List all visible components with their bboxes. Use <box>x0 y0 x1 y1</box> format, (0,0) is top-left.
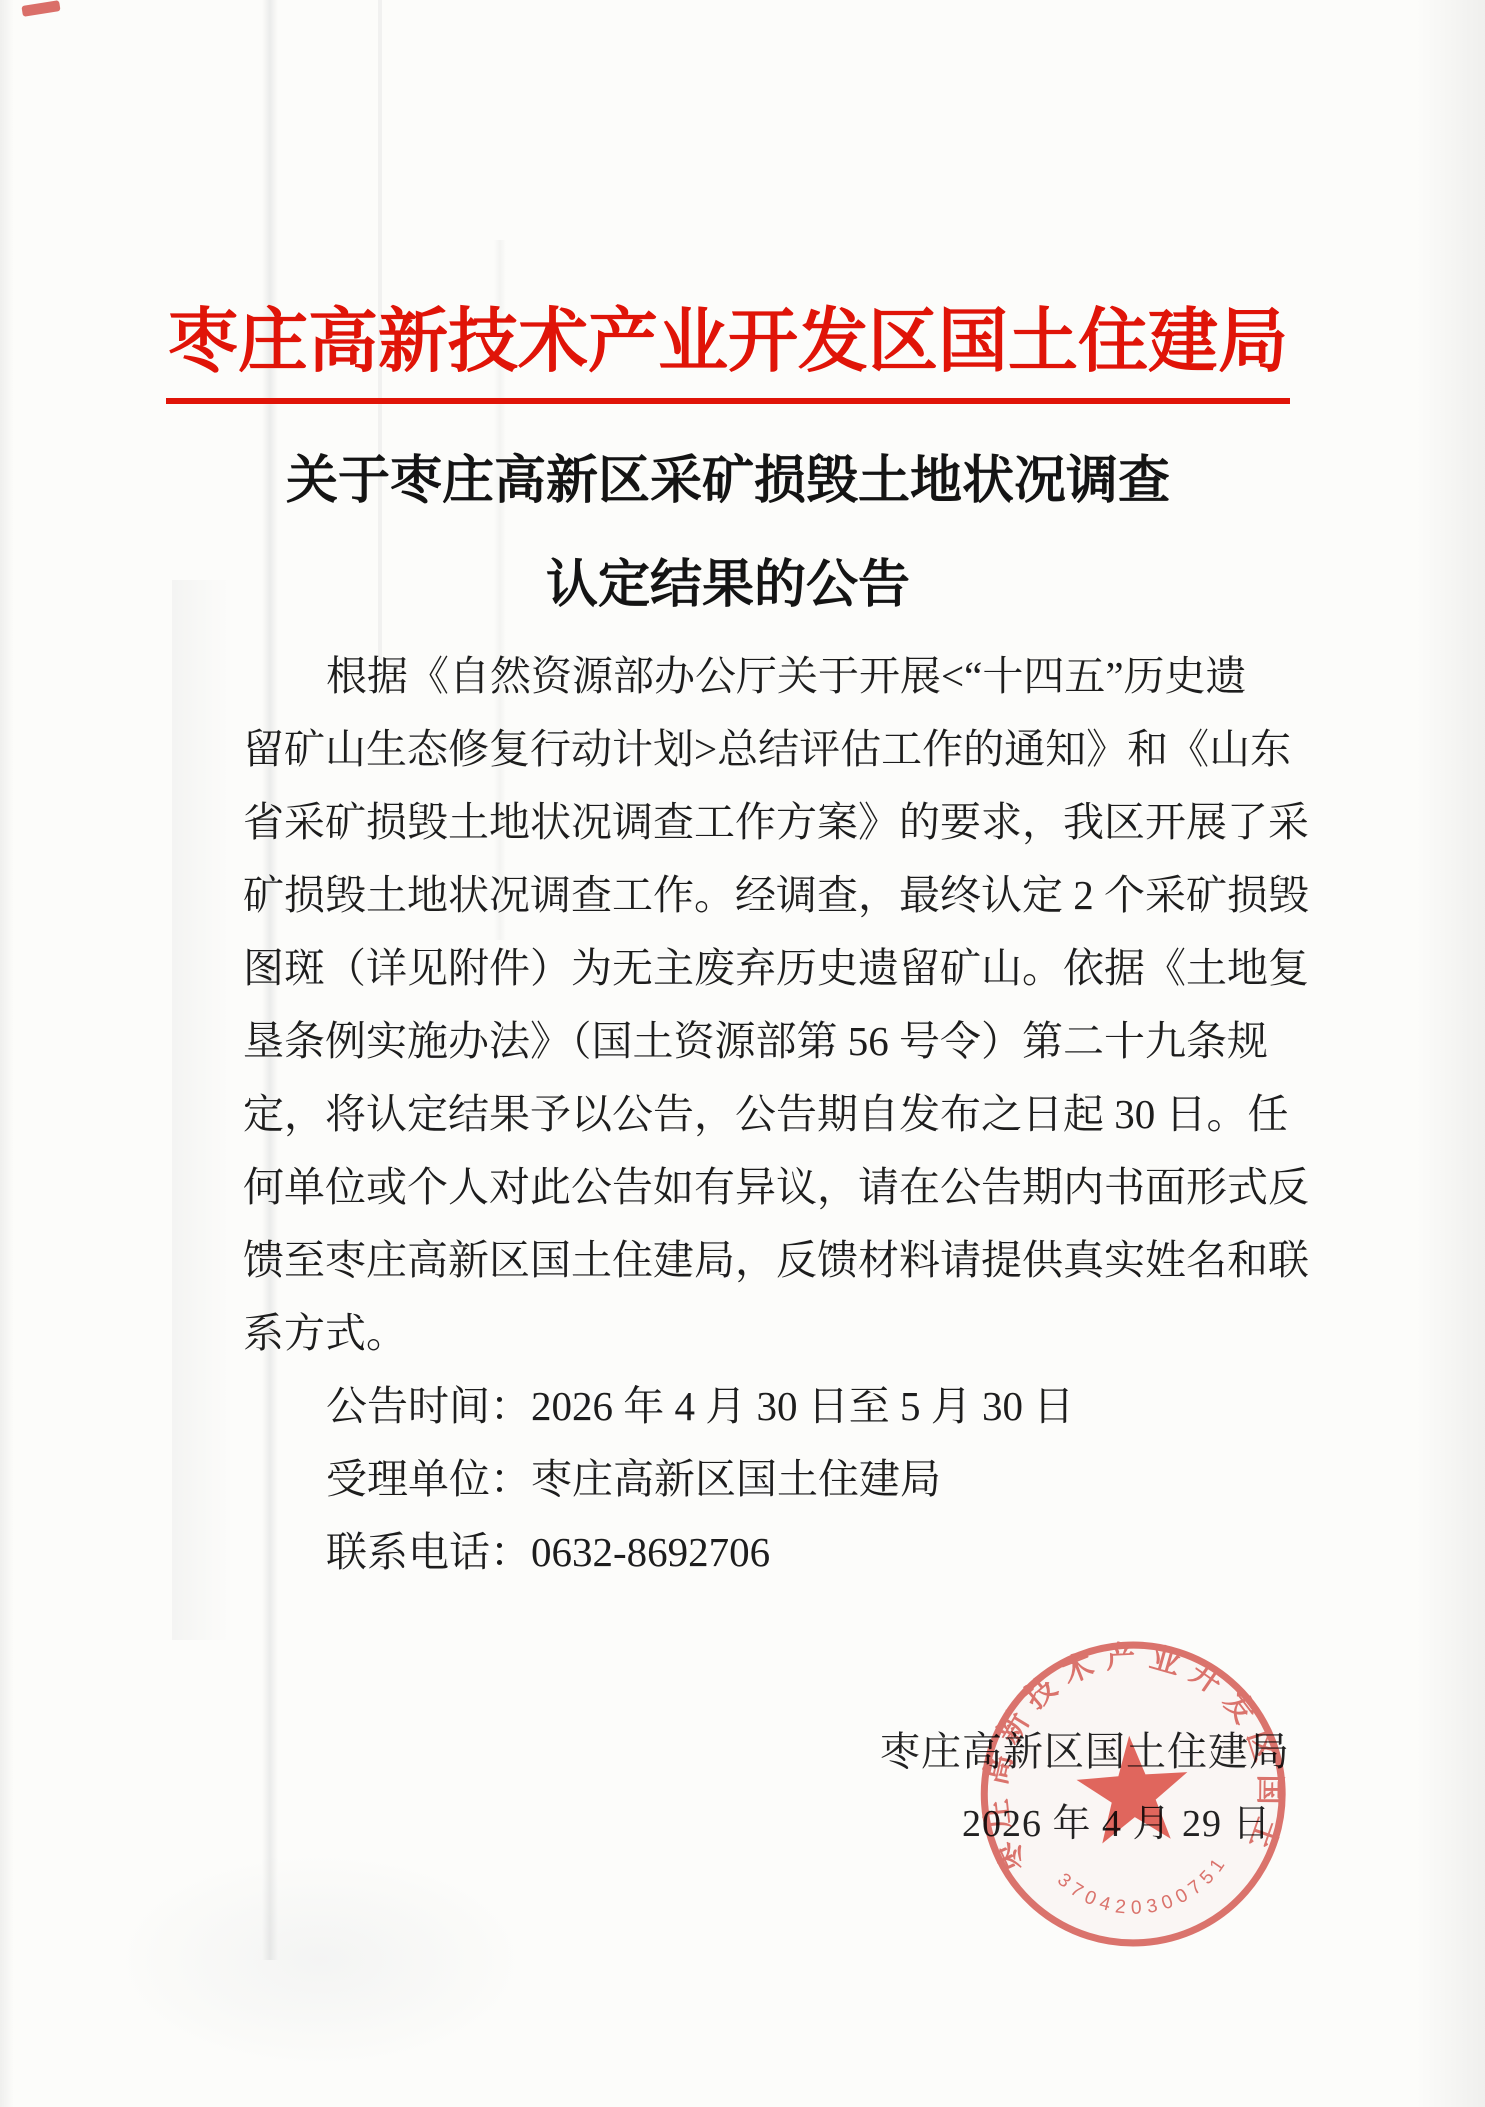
info-label: 受理单位： <box>326 1456 531 1502</box>
info-label: 联系电话： <box>326 1529 531 1575</box>
agency-letterhead-title: 枣庄高新技术产业开发区国土住建局 <box>168 300 1288 386</box>
info-value: 2026 年 4 月 30 日至 5 月 30 日 <box>531 1383 1074 1429</box>
info-value: 0632-8692706 <box>531 1529 770 1575</box>
body-line: 何单位或个人对此公告如有异议，请在公告期内书面形式反 <box>243 1151 1328 1224</box>
body-line: 定，将认定结果予以公告，公告期自发布之日起 30 日。任 <box>243 1078 1328 1151</box>
official-seal: 枣庄高新技术产业开发区国土住建局 3704203007518 <box>961 1619 1305 1963</box>
body-line: 矿损毁土地状况调查工作。经调查，最终认定 2 个采矿损毁 <box>243 859 1328 932</box>
info-label: 公告时间： <box>326 1383 531 1429</box>
info-row-contact-phone: 联系电话：0632-8692706 <box>243 1516 1328 1589</box>
body-line: 省采矿损毁土地状况调查工作方案》的要求，我区开展了采 <box>243 786 1328 859</box>
info-row-accepting-unit: 受理单位：枣庄高新区国土住建局 <box>243 1443 1328 1516</box>
info-section: 公告时间：2026 年 4 月 30 日至 5 月 30 日 受理单位：枣庄高新… <box>243 1370 1328 1589</box>
body-line: 留矿山生态修复行动计划>总结评估工作的通知》和《山东 <box>243 713 1328 786</box>
doc-title-line1: 关于枣庄高新区采矿损毁土地状况调查 <box>168 438 1288 513</box>
letterhead-underline <box>166 398 1290 404</box>
body-line: 图斑（详见附件）为无主废弃历史遗留矿山。依据《土地复 <box>243 932 1328 1005</box>
info-value: 枣庄高新区国土住建局 <box>531 1456 941 1502</box>
doc-title-line2: 认定结果的公告 <box>168 542 1288 617</box>
info-row-announcement-period: 公告时间：2026 年 4 月 30 日至 5 月 30 日 <box>243 1370 1328 1443</box>
body-line: 根据《自然资源部办公厅关于开展<“十四五”历史遗 <box>243 640 1328 713</box>
document-page: 枣庄高新技术产业开发区国土住建局 关于枣庄高新区采矿损毁土地状况调查 认定结果的… <box>0 0 1485 2107</box>
body-paragraph: 根据《自然资源部办公厅关于开展<“十四五”历史遗 留矿山生态修复行动计划>总结评… <box>243 640 1328 1370</box>
scan-streak <box>172 580 230 1640</box>
body-line: 馈至枣庄高新区国土住建局，反馈材料请提供真实姓名和联 <box>243 1224 1328 1297</box>
scan-smudge <box>110 1850 530 2070</box>
red-corner-mark <box>21 0 60 17</box>
scan-edge-shadow <box>1415 0 1485 2107</box>
body-line: 垦条例实施办法》（国土资源部第 56 号令）第二十九条规 <box>243 1005 1328 1078</box>
scan-edge-shadow <box>0 0 14 2107</box>
body-line: 系方式。 <box>243 1297 1328 1370</box>
